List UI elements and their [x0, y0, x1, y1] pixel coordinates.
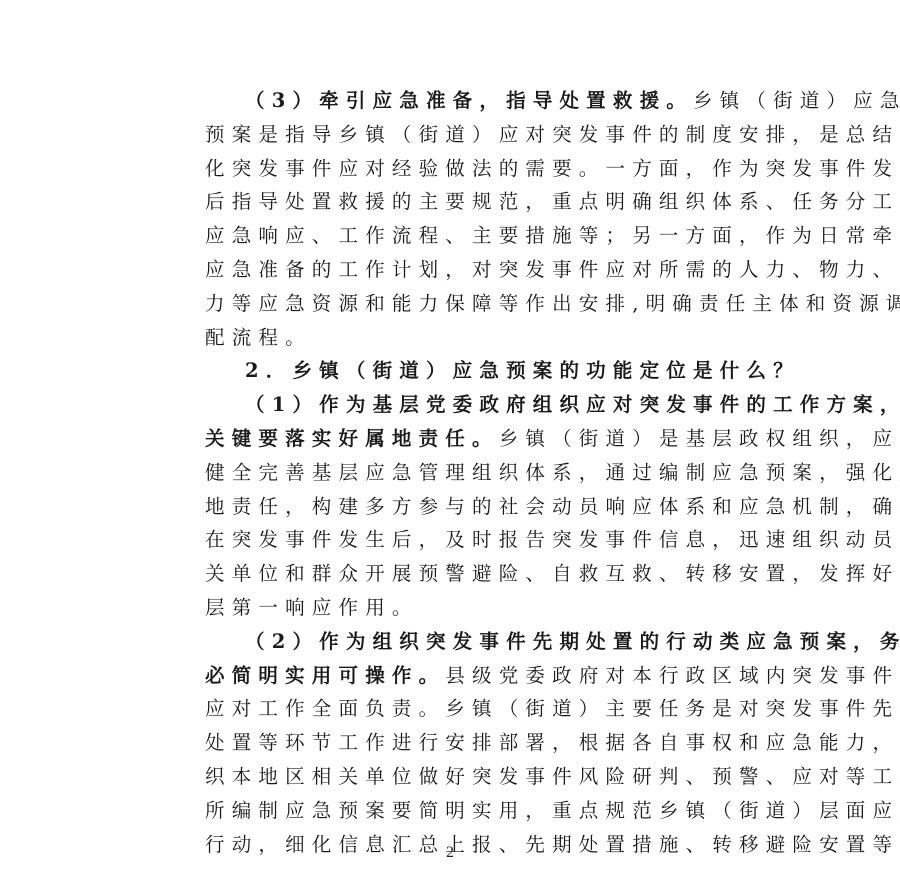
text-line: 2．乡镇（街道）应急预案的功能定位是什么？: [205, 354, 695, 388]
body-line-text: 应急响应、工作流程、主要措施等；另一方面，作为日常牵引: [205, 224, 900, 247]
text-line: 在突发事件发生后，及时报告突发事件信息，迅速组织动员有: [205, 523, 695, 557]
text-line: 配流程。: [205, 321, 695, 355]
body-line-text: 应对工作全面负责。乡镇（街道）主要任务是对突发事件先期: [205, 697, 900, 720]
body-text: （3）牵引应急准备，指导处置救援。乡镇（街道）应急预案是指导乡镇（街道）应对突发…: [205, 84, 695, 861]
text-line: 应对工作全面负责。乡镇（街道）主要任务是对突发事件先期: [205, 692, 695, 726]
body-line-text: 乡镇（街道）应急: [693, 89, 900, 112]
text-line: 健全完善基层应急管理组织体系，通过编制应急预案，强化属: [205, 456, 695, 490]
bold-heading-text: 2．乡镇（街道）应急预案的功能定位是什么？: [245, 359, 800, 382]
text-line: 关键要落实好属地责任。乡镇（街道）是基层政权组织，应当: [205, 422, 695, 456]
text-line: 力等应急资源和能力保障等作出安排,明确责任主体和资源调: [205, 287, 695, 321]
text-line: 所编制应急预案要简明实用，重点规范乡镇（街道）层面应对: [205, 794, 695, 828]
text-line: 层第一响应作用。: [205, 591, 695, 625]
bold-heading-text: （3）牵引应急准备，指导处置救援。: [245, 89, 693, 112]
bold-heading-text: （1）作为基层党委政府组织应对突发事件的工作方案，: [245, 393, 900, 416]
bold-heading-text: 关键要落实好属地责任。: [205, 427, 499, 450]
body-line-text: 织本地区相关单位做好突发事件风险研判、预警、应对等工作，: [205, 765, 900, 788]
body-line-text: 预案是指导乡镇（街道）应对突发事件的制度安排，是总结固: [205, 123, 900, 146]
text-line: 处置等环节工作进行安排部署，根据各自事权和应急能力，组: [205, 726, 695, 760]
text-line: 化突发事件应对经验做法的需要。一方面，作为突发事件发生: [205, 152, 695, 186]
body-line-text: 所编制应急预案要简明实用，重点规范乡镇（街道）层面应对: [205, 799, 900, 822]
text-line: 应急响应、工作流程、主要措施等；另一方面，作为日常牵引: [205, 219, 695, 253]
body-line-text: 乡镇（街道）是基层政权组织，应当: [499, 427, 900, 450]
document-page: （3）牵引应急准备，指导处置救援。乡镇（街道）应急预案是指导乡镇（街道）应对突发…: [0, 0, 900, 875]
body-line-text: 健全完善基层应急管理组织体系，通过编制应急预案，强化属: [205, 461, 900, 484]
body-line-text: 层第一响应作用。: [205, 596, 419, 619]
bold-heading-text: （2）作为组织突发事件先期处置的行动类应急预案，务: [245, 630, 900, 653]
body-line-text: 配流程。: [205, 326, 312, 349]
body-line-text: 县级党委政府对本行政区域内突发事件的: [445, 664, 900, 687]
body-line-text: 化突发事件应对经验做法的需要。一方面，作为突发事件发生: [205, 157, 900, 180]
text-line: 应急准备的工作计划，对突发事件应对所需的人力、物力、财: [205, 253, 695, 287]
bold-heading-text: 必简明实用可操作。: [205, 664, 445, 687]
text-line: 关单位和群众开展预警避险、自救互救、转移安置，发挥好基: [205, 557, 695, 591]
text-line: 织本地区相关单位做好突发事件风险研判、预警、应对等工作，: [205, 760, 695, 794]
text-line: 后指导处置救援的主要规范，重点明确组织体系、任务分工、: [205, 185, 695, 219]
text-line: （2）作为组织突发事件先期处置的行动类应急预案，务: [205, 625, 695, 659]
body-line-text: 力等应急资源和能力保障等作出安排,明确责任主体和资源调: [205, 292, 900, 315]
text-line: （3）牵引应急准备，指导处置救援。乡镇（街道）应急: [205, 84, 695, 118]
body-line-text: 在突发事件发生后，及时报告突发事件信息，迅速组织动员有: [205, 528, 900, 551]
text-line: 预案是指导乡镇（街道）应对突发事件的制度安排，是总结固: [205, 118, 695, 152]
body-line-text: 应急准备的工作计划，对突发事件应对所需的人力、物力、财: [205, 258, 900, 281]
body-line-text: 后指导处置救援的主要规范，重点明确组织体系、任务分工、: [205, 190, 900, 213]
body-line-text: 处置等环节工作进行安排部署，根据各自事权和应急能力，组: [205, 731, 900, 754]
text-line: 地责任，构建多方参与的社会动员响应体系和应急机制，确保: [205, 490, 695, 524]
body-line-text: 地责任，构建多方参与的社会动员响应体系和应急机制，确保: [205, 495, 900, 518]
page-number: 2: [0, 844, 900, 862]
text-line: 必简明实用可操作。县级党委政府对本行政区域内突发事件的: [205, 659, 695, 693]
text-line: （1）作为基层党委政府组织应对突发事件的工作方案，: [205, 388, 695, 422]
body-line-text: 关单位和群众开展预警避险、自救互救、转移安置，发挥好基: [205, 562, 900, 585]
